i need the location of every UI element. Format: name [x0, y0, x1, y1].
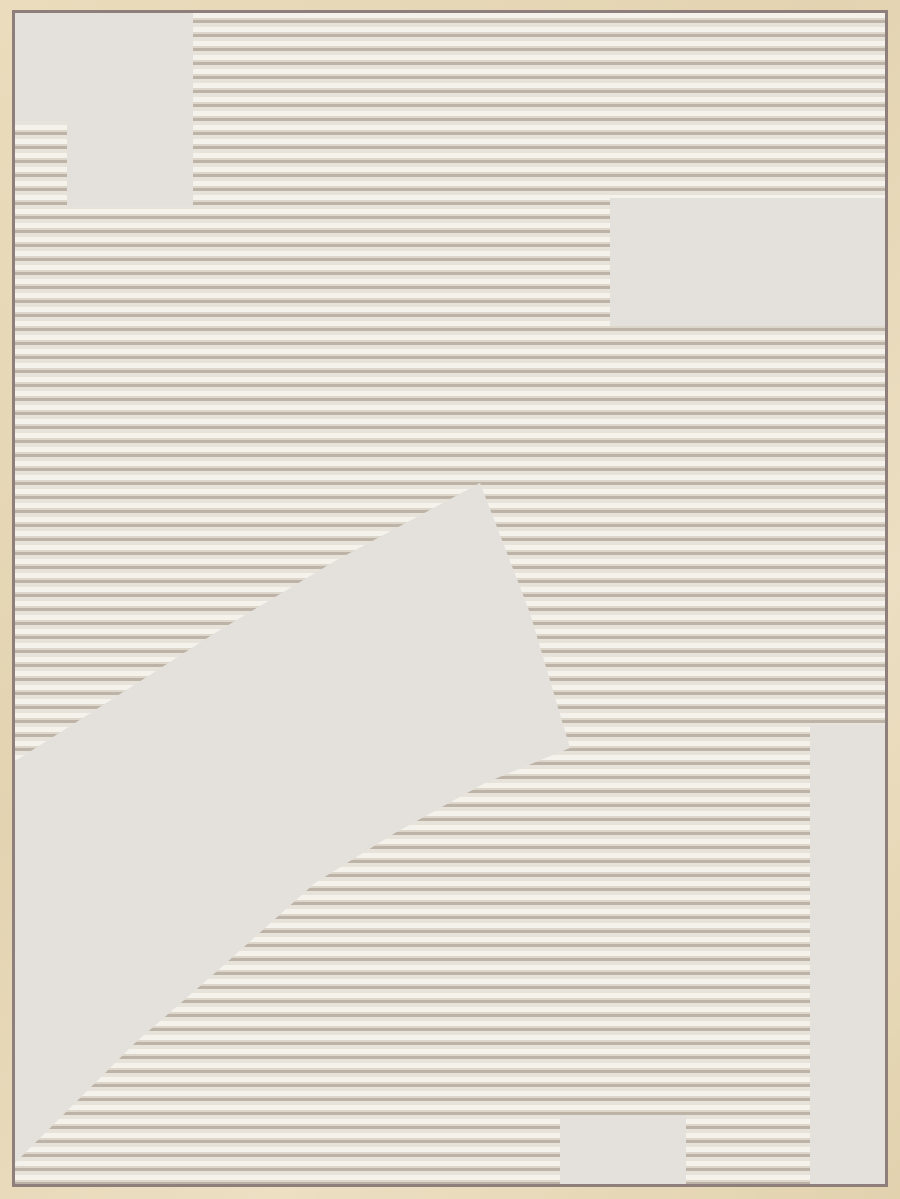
textured-artwork	[15, 13, 885, 1184]
wooden-frame	[0, 0, 900, 1199]
artwork-canvas	[15, 13, 885, 1184]
